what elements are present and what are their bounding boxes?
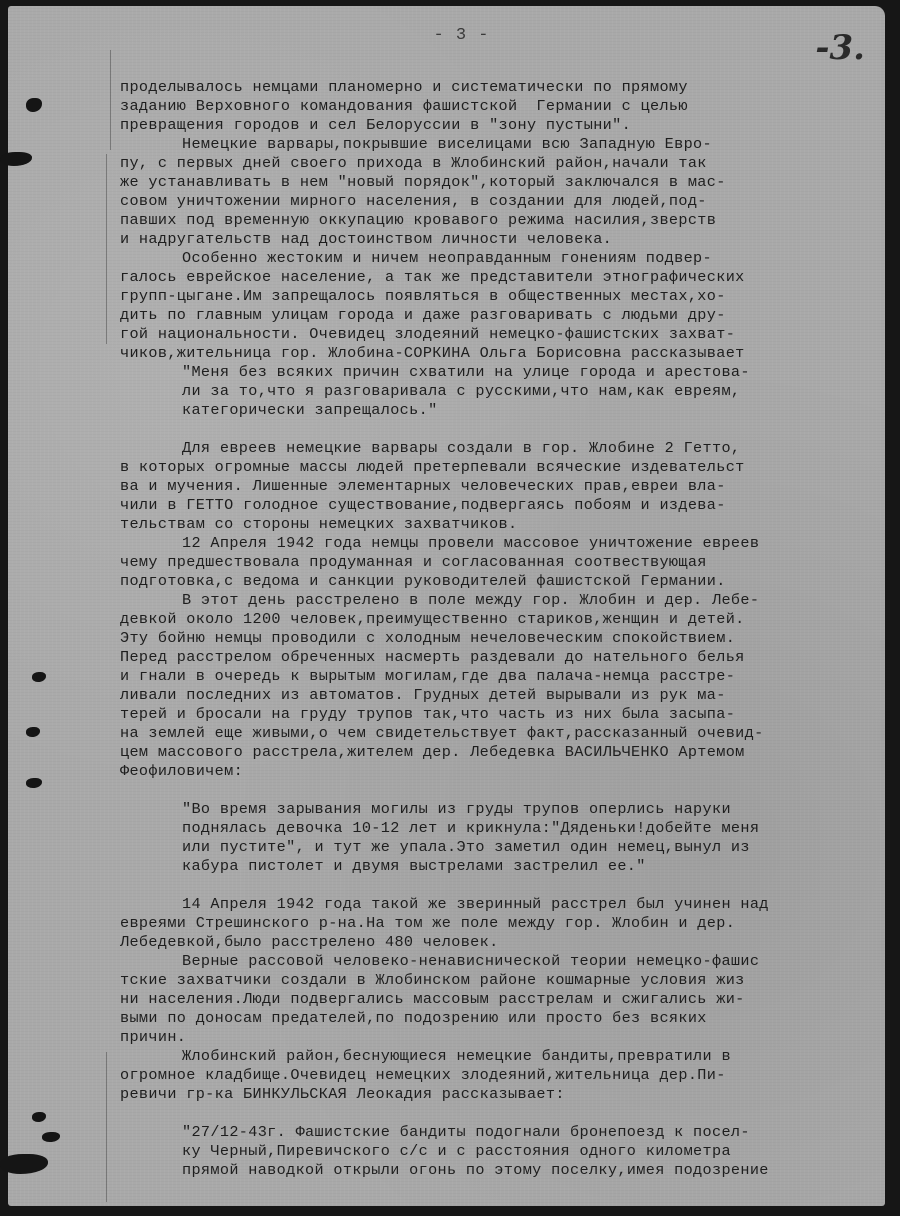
text-line: Немецкие варвары,покрывшие виселицами вс…	[120, 135, 892, 154]
text-line: пу, с первых дней своего прихода в Жлоби…	[120, 154, 892, 173]
text-line: и гнали в очередь к вырытым могилам,где …	[120, 667, 892, 686]
text-line: гой национальности. Очевидец злодеяний н…	[120, 325, 892, 344]
text-line: огромное кладбище.Очевидец немецких злод…	[120, 1066, 892, 1085]
blank-line	[120, 781, 892, 800]
quoted-testimony-line: ли за то,что я разговаривала с русскими,…	[120, 382, 892, 401]
text-line: павших под временную оккупацию кровавого…	[120, 211, 892, 230]
quoted-testimony-line: ку Черный,Пиревичского с/с и с расстояни…	[120, 1142, 892, 1161]
text-line: тские захватчики создали в Жлобинском ра…	[120, 971, 892, 990]
text-line: В этот день расстрелено в поле между гор…	[120, 591, 892, 610]
scanned-document: - 3 - -3. проделывалось немцами планомер…	[0, 0, 900, 1216]
text-line: Лебедевкой,было расстрелено 480 человек.	[120, 933, 892, 952]
text-line: ливали последних из автоматов. Грудных д…	[120, 686, 892, 705]
text-line: в которых огромные массы людей претерпев…	[120, 458, 892, 477]
blank-line	[120, 876, 892, 895]
blank-line	[120, 420, 892, 439]
text-line: Феофиловичем:	[120, 762, 892, 781]
punch-hole	[26, 727, 40, 737]
punch-hole	[42, 1132, 60, 1142]
binding-tear	[0, 152, 32, 166]
punch-hole	[26, 778, 42, 788]
text-line: же устанавливать в нем "новый порядок",к…	[120, 173, 892, 192]
text-line: 12 Апреля 1942 года немцы провели массов…	[120, 534, 892, 553]
punch-hole	[32, 1112, 46, 1122]
text-line: терей и бросали на груду трупов так,что …	[120, 705, 892, 724]
text-line: заданию Верховного командования фашистск…	[120, 97, 892, 116]
quoted-testimony-line: или пустите", и тут же упала.Это заметил…	[120, 838, 892, 857]
text-line: ревичи гр-ка БИНКУЛЬСКАЯ Леокадия расска…	[120, 1085, 892, 1104]
text-line: галось еврейское население, а так же пре…	[120, 268, 892, 287]
text-line: тельствам со стороны немецких захватчико…	[120, 515, 892, 534]
text-line: Эту бойню немцы проводили с холодным неч…	[120, 629, 892, 648]
text-line: чему предшествовала продуманная и соглас…	[120, 553, 892, 572]
text-line: 14 Апреля 1942 года такой же зверинный р…	[120, 895, 892, 914]
quoted-testimony-line: прямой наводкой открыли огонь по этому п…	[120, 1161, 892, 1180]
punch-hole	[26, 98, 42, 112]
binding-tear	[0, 1154, 48, 1174]
text-line: ни населения.Люди подвергались массовым …	[120, 990, 892, 1009]
text-line: проделывалось немцами планомерно и систе…	[120, 78, 892, 97]
text-line: ва и мучения. Лишенные элементарных чело…	[120, 477, 892, 496]
pencil-margin-line	[110, 50, 111, 150]
quoted-testimony-line: категорически запрещалось."	[120, 401, 892, 420]
page-header-number: - 3 -	[8, 26, 885, 45]
text-line: превращения городов и сел Белоруссии в "…	[120, 116, 892, 135]
text-line: Верные рассовой человеко-ненависнической…	[120, 952, 892, 971]
text-line: совом уничтожении мирного населения, в с…	[120, 192, 892, 211]
text-line: причин.	[120, 1028, 892, 1047]
text-line: чиков,жительница гор. Жлобина-СОРКИНА Ол…	[120, 344, 892, 363]
text-line: евреями Стрешинского р-на.На том же поле…	[120, 914, 892, 933]
text-line: Особенно жестоким и ничем неоправданным …	[120, 249, 892, 268]
quoted-testimony-line: "27/12-43г. Фашистские бандиты подогнали…	[120, 1123, 892, 1142]
handwritten-page-number: -3.	[815, 28, 865, 68]
quoted-testimony-line: кабура пистолет и двумя выстрелами застр…	[120, 857, 892, 876]
typewritten-body: проделывалось немцами планомерно и систе…	[120, 78, 892, 1180]
quoted-testimony-line: поднялась девочка 10-12 лет и крикнула:"…	[120, 819, 892, 838]
text-line: выми по доносам предателей,по подозрению…	[120, 1009, 892, 1028]
text-line: на землей еще живыми,о чем свидетельству…	[120, 724, 892, 743]
quoted-testimony-line: "Меня без всяких причин схватили на улиц…	[120, 363, 892, 382]
pencil-margin-line	[106, 154, 107, 344]
text-line: и надругательств над достоинством личнос…	[120, 230, 892, 249]
paper-sheet: - 3 - -3. проделывалось немцами планомер…	[8, 6, 885, 1206]
quoted-testimony-line: "Во время зарывания могилы из груды труп…	[120, 800, 892, 819]
text-line: чили в ГЕТТО голодное существование,подв…	[120, 496, 892, 515]
text-line: девкой около 1200 человек,преимущественн…	[120, 610, 892, 629]
punch-hole	[32, 672, 46, 682]
pencil-margin-line	[106, 1052, 107, 1202]
text-line: Жлобинский район,беснующиеся немецкие ба…	[120, 1047, 892, 1066]
text-line: групп-цыгане.Им запрещалось появляться в…	[120, 287, 892, 306]
text-line: цем массового расстрела,жителем дер. Леб…	[120, 743, 892, 762]
text-line: Для евреев немецкие варвары создали в го…	[120, 439, 892, 458]
text-line: дить по главным улицам города и даже раз…	[120, 306, 892, 325]
text-line: Перед расстрелом обреченных насмерть раз…	[120, 648, 892, 667]
blank-line	[120, 1104, 892, 1123]
text-line: подготовка,с ведома и санкции руководите…	[120, 572, 892, 591]
